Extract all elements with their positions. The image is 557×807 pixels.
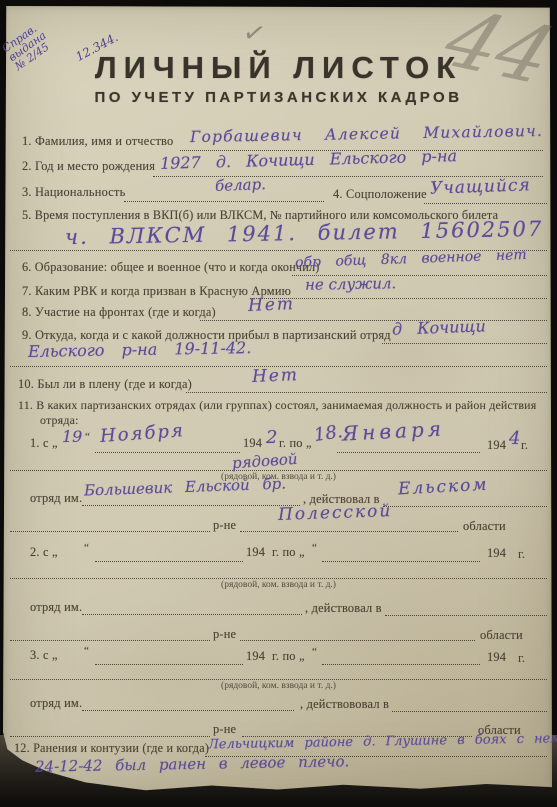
entry-1-district-label: р-не	[213, 518, 236, 533]
entry-2-district-label: р-не	[213, 627, 236, 642]
entry-2-year-suffix: г.	[518, 547, 525, 562]
entry-2-acted-label: , действовал в	[305, 601, 382, 616]
entry-1-year1-printed: 194	[243, 436, 262, 451]
field-2-label: 2. Год и место рождения	[22, 159, 155, 174]
entry-3-year2-printed: 194	[487, 650, 506, 665]
field-9-underline	[382, 343, 547, 344]
entry-3-year-suffix: г.	[518, 651, 525, 666]
entry-3-mid: г. по „	[272, 649, 305, 664]
entry-2-mid: г. по „	[272, 545, 305, 560]
entry-1-acted-line	[383, 506, 547, 507]
entry-3-quote: “	[84, 645, 89, 657]
field-11-label-line1: 11. В каких партизанских отрядах (или гр…	[18, 398, 536, 413]
field-10-value: Нет	[252, 365, 300, 387]
entry-1-region-line	[240, 531, 458, 532]
field-4-label: 4. Соцположение	[333, 187, 427, 202]
entry-2-year1-printed: 194	[246, 545, 265, 560]
field-1-label: 1. Фамилия, имя и отчество	[22, 134, 173, 149]
field-3-value: белар.	[215, 175, 267, 195]
entry-1-year2-printed: 194	[487, 438, 506, 453]
entry-3-month-from-line	[95, 664, 243, 665]
entry-3-month-to-line	[322, 664, 480, 665]
entry-1-unit-label: отряд им.	[30, 491, 82, 506]
entry-1-mid: г. по „	[279, 436, 312, 451]
field-3-label: 3. Национальность	[22, 185, 125, 200]
entry-3-district-line-left	[10, 736, 210, 737]
entry-1-quote: “	[85, 431, 90, 443]
form-title-line2: ПО УЧЕТУ ПАРТИЗАНСКИХ КАДРОВ	[0, 89, 557, 106]
entry-3-unit-line	[82, 710, 294, 711]
field-8-underline	[200, 320, 547, 321]
entry-2-rank-caption: (рядовой, ком. взвода и т. д.)	[0, 580, 557, 590]
form-title-line1: ЛИЧНЫЙ ЛИСТОК	[0, 50, 557, 86]
entry-2-month-from-line	[95, 561, 243, 562]
entry-3-quote2: “	[312, 646, 317, 658]
entry-2-quote: “	[84, 542, 89, 554]
entry-2-region-label: области	[480, 628, 523, 643]
entry-2-region-line	[240, 640, 475, 641]
entry-3-rank-line	[10, 679, 547, 680]
entry-1-day-from: 19	[62, 427, 82, 446]
entry-3-prefix: 3. с „	[30, 648, 58, 663]
field-8-label: 8. Участие на фронтах (где и когда)	[22, 305, 216, 320]
entry-1-year-suffix: г.	[521, 438, 528, 453]
field-12-label: 12. Ранения и контузии (где и когда)	[14, 741, 209, 756]
entry-1-district-line-left	[10, 531, 210, 532]
entry-2-unit-label: отряд им.	[30, 600, 82, 615]
entry-1-month-from-line	[95, 452, 240, 453]
field-7-value: не служил.	[305, 274, 397, 294]
field-10-label: 10. Был ли в плену (где и когда)	[18, 377, 192, 392]
scanned-document: Справ. выдана № 2/45 12.344. ✓ 44 ЛИЧНЫЙ…	[0, 0, 557, 807]
entry-2-acted-line	[385, 615, 547, 616]
entry-1-rank-line	[10, 470, 547, 471]
entry-3-acted-label: , действововал в	[300, 697, 389, 712]
field-4-underline	[424, 203, 547, 204]
entry-2-prefix: 2. с „	[30, 545, 58, 560]
entry-1-day-to: 18.	[313, 421, 344, 446]
field-9-value-2: Ельского р-на 19-11-42.	[28, 338, 252, 361]
field-9-value: д Кочищи	[392, 316, 486, 338]
entry-2-unit-line	[82, 614, 302, 615]
entry-2-district-line-left	[10, 640, 210, 641]
field-10-underline	[186, 392, 547, 393]
entry-1-region: Полесской	[278, 501, 393, 525]
entry-1-month-to-line	[337, 452, 480, 453]
entry-2-quote2: “	[312, 542, 317, 554]
entry-3-acted-line	[392, 711, 547, 712]
entry-3-year1-printed: 194	[246, 649, 265, 664]
field-3-underline	[124, 201, 324, 202]
entry-3-district-label: р-не	[213, 722, 236, 737]
entry-1-region-label: области	[463, 519, 506, 534]
field-6-label: 6. Образование: общее и военное (что и к…	[22, 260, 320, 275]
entry-1-prefix: 1. с „	[30, 436, 58, 451]
field-4-value: Учащийся	[430, 175, 531, 199]
entry-1-year1-written: 2	[266, 427, 277, 448]
entry-1-year2-written: 4	[509, 428, 520, 449]
entry-2-year2-printed: 194	[487, 546, 506, 561]
entry-1-unit-line	[82, 505, 300, 506]
field-8-value: Нет	[248, 294, 296, 316]
entry-2-month-to-line	[322, 561, 480, 562]
entry-3-rank-caption: (рядовой, ком. взвода и т. д.)	[0, 681, 557, 691]
entry-2-rank-line	[10, 578, 547, 579]
field-11-label-line2: отряда:	[40, 413, 79, 428]
entry-3-unit-label: отряд им.	[30, 696, 82, 711]
